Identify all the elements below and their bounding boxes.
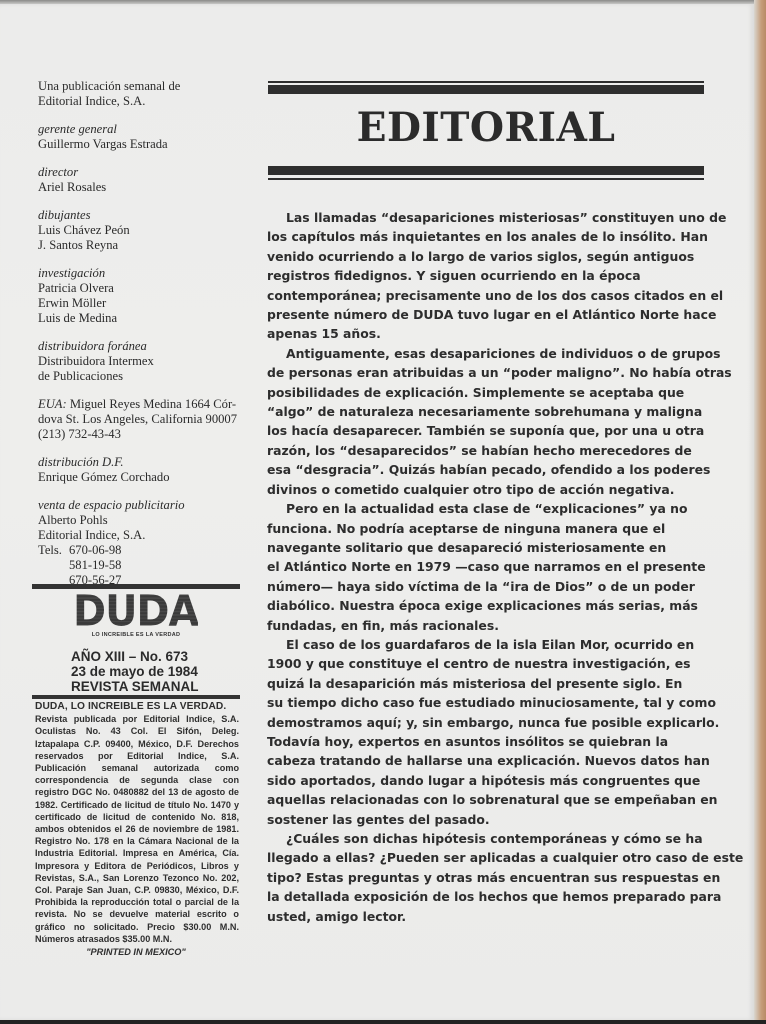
editorial-line: registros fidedignos. Y siguen ocurriend… <box>267 266 669 285</box>
staff-role: gerente general <box>38 122 243 137</box>
legal-notice: DUDA, LO INCREIBLE ES LA VERDAD. Revista… <box>35 701 239 945</box>
editorial-line: venido ocurriendo a lo largo de varios s… <box>267 247 669 266</box>
editorial-line: tipo? Estas preguntas y otras más encuen… <box>267 868 669 887</box>
editorial-paragraph: El caso de los guardafaros de la isla Ei… <box>267 635 669 829</box>
masthead-column: Una publicación semanal de Editorial Ind… <box>38 79 243 601</box>
editorial-paragraph: ¿Cuáles son dichas hipótesis contemporán… <box>267 829 669 926</box>
editorial-line: Antiguamente, esas desapariciones de ind… <box>267 344 669 363</box>
legal-heading: DUDA, LO INCREIBLE ES LA VERDAD. <box>35 701 239 713</box>
eua-label: EUA: <box>38 397 67 411</box>
editorial-line: razón, los “desaparecidos” se habían hec… <box>267 441 669 460</box>
editorial-line: la detallada exposición de los hechos qu… <box>267 887 669 906</box>
eua-contact: EUA: Miguel Reyes Medina 1664 Cór- dova … <box>38 397 243 442</box>
staff-name: Editorial Indice, S.A. <box>38 528 243 543</box>
publisher-intro-line: Editorial Indice, S.A. <box>38 94 243 109</box>
page-bottom-edge <box>0 1020 766 1024</box>
staff-distribuidora: distribuidora foránea Distribuidora Inte… <box>38 339 243 384</box>
staff-role: distribuidora foránea <box>38 339 243 354</box>
editorial-line: usted, amigo lector. <box>267 907 669 926</box>
editorial-top-rule-thick <box>268 85 704 94</box>
editorial-top-rule-thin <box>268 81 704 83</box>
printed-in-mexico: "PRINTED IN MEXICO" <box>32 947 240 957</box>
editorial-line: Todavía hoy, expertos en asuntos insólit… <box>267 732 669 751</box>
staff-role: director <box>38 165 243 180</box>
editorial-line: sostener las gentes del pasado. <box>267 810 669 829</box>
staff-name: Erwin Möller <box>38 296 243 311</box>
issue-number: AÑO XIII – No. 673 <box>71 649 241 664</box>
editorial-title: EDITORIAL <box>272 104 699 152</box>
editorial-line: Las llamadas “desapariciones misteriosas… <box>267 208 669 227</box>
staff-name: Patricia Olvera <box>38 281 243 296</box>
editorial-paragraph: Las llamadas “desapariciones misteriosas… <box>267 208 669 344</box>
editorial-bottom-rule-thin <box>268 178 704 180</box>
editorial-line: su tiempo dicho caso fue estudiado minuc… <box>267 693 669 712</box>
tel-numbers: 670-06-98 581-19-58 670-56-27 <box>69 543 121 588</box>
editorial-line: funciona. No podría aceptarse de ninguna… <box>267 519 669 538</box>
editorial-line: 1900 y que constituye el centro de nuest… <box>267 654 669 673</box>
issue-info: AÑO XIII – No. 673 23 de mayo de 1984 RE… <box>71 649 241 694</box>
editorial-paragraph: Antiguamente, esas desapariciones de ind… <box>267 344 669 499</box>
editorial-line: cabeza tratando de hallarse una explicac… <box>267 751 669 770</box>
staff-name: Distribuidora Intermex <box>38 354 243 369</box>
eua-phone: (213) 732-43-43 <box>38 427 243 442</box>
staff-name: Ariel Rosales <box>38 180 243 195</box>
editorial-line: apenas 15 años. <box>267 324 669 343</box>
editorial-line: contemporánea; precisamente uno de los d… <box>267 286 669 305</box>
editorial-line: El caso de los guardafaros de la isla Ei… <box>267 635 669 654</box>
staff-name: Luis de Medina <box>38 311 243 326</box>
duda-logo: DUDA LO INCREIBLE ES LA VERDAD <box>32 594 240 638</box>
issue-type: REVISTA SEMANAL <box>71 679 241 694</box>
editorial-line: navegante solitario que desapareció mist… <box>267 538 669 557</box>
staff-role: venta de espacio publicitario <box>38 498 243 513</box>
publisher-intro: Una publicación semanal de Editorial Ind… <box>38 79 243 109</box>
editorial-line: fundadas, en fin, más racionales. <box>267 616 669 635</box>
publisher-intro-line: Una publicación semanal de <box>38 79 243 94</box>
staff-name: Guillermo Vargas Estrada <box>38 137 243 152</box>
staff-director: director Ariel Rosales <box>38 165 243 195</box>
tels-label: Tels. <box>38 543 69 588</box>
editorial-line: posibilidades de explicación. Simplement… <box>267 383 669 402</box>
staff-dibujantes: dibujantes Luis Chávez Peón J. Santos Re… <box>38 208 243 253</box>
editorial-line: los hacía desaparecer. También se suponí… <box>267 421 669 440</box>
telephones: Tels. 670-06-98 581-19-58 670-56-27 <box>38 543 243 588</box>
editorial-line: divinos o cometido cualquier otro tipo d… <box>267 480 669 499</box>
tel-number: 670-06-98 <box>69 543 121 558</box>
editorial-line: quizá la desaparición más misteriosa del… <box>267 674 669 693</box>
editorial-line: presente número de DUDA tuvo lugar en el… <box>267 305 669 324</box>
editorial-line: los capítulos más inquietantes en los an… <box>267 227 669 246</box>
magazine-page: Una publicación semanal de Editorial Ind… <box>0 4 754 1020</box>
editorial-line: esa “desgracia”. Quizás habían pecado, o… <box>267 460 669 479</box>
page-right-edge <box>754 0 766 1024</box>
editorial-line: “algo” de naturaleza necesariamente sobr… <box>267 402 669 421</box>
eua-address: Miguel Reyes Medina 1664 Cór- <box>67 397 236 411</box>
publicidad: venta de espacio publicitario Alberto Po… <box>38 498 243 588</box>
distribucion-df: distribución D.F. Enrique Gómez Corchado <box>38 455 243 485</box>
staff-role: distribución D.F. <box>38 455 243 470</box>
staff-name: Enrique Gómez Corchado <box>38 470 243 485</box>
editorial-line: ¿Cuáles son dichas hipótesis contemporán… <box>267 829 669 848</box>
editorial-line: diabólico. Nuestra época exige explicaci… <box>267 596 669 615</box>
staff-name: de Publicaciones <box>38 369 243 384</box>
editorial-line: número— haya sido víctima de la “ira de … <box>267 577 669 596</box>
editorial-line: el Atlántico Norte en 1979 —caso que nar… <box>267 557 669 576</box>
editorial-bottom-rule-thick <box>268 166 704 175</box>
staff-investigacion: investigación Patricia Olvera Erwin Möll… <box>38 266 243 326</box>
legal-divider <box>32 695 240 699</box>
staff-name: J. Santos Reyna <box>38 238 243 253</box>
editorial-body: Las llamadas “desapariciones misteriosas… <box>267 208 669 926</box>
issue-date: 23 de mayo de 1984 <box>71 664 241 679</box>
staff-name: Luis Chávez Peón <box>38 223 243 238</box>
legal-text: Revista publicada por Editorial Indice, … <box>35 714 239 944</box>
staff-role: dibujantes <box>38 208 243 223</box>
eua-line: EUA: Miguel Reyes Medina 1664 Cór- <box>38 397 243 412</box>
editorial-line: demostramos aquí; y, sin embargo, nunca … <box>267 713 669 732</box>
editorial-line: Pero en la actualidad esta clase de “exp… <box>267 499 669 518</box>
staff-name: Alberto Pohls <box>38 513 243 528</box>
editorial-line: llegado a ellas? ¿Pueden ser aplicadas a… <box>267 848 669 867</box>
logo-wordmark: DUDA <box>73 592 198 630</box>
tel-number: 581-19-58 <box>69 558 121 573</box>
staff-gerente: gerente general Guillermo Vargas Estrada <box>38 122 243 152</box>
eua-line: dova St. Los Angeles, California 90007 <box>38 412 243 427</box>
editorial-line: de personas eran atribuidas a un “poder … <box>267 363 669 382</box>
editorial-line: aquellas relacionadas con lo sobrenatura… <box>267 790 669 809</box>
editorial-paragraph: Pero en la actualidad esta clase de “exp… <box>267 499 669 635</box>
editorial-line: sido aportados, dando lugar a hipótesis … <box>267 771 669 790</box>
staff-role: investigación <box>38 266 243 281</box>
